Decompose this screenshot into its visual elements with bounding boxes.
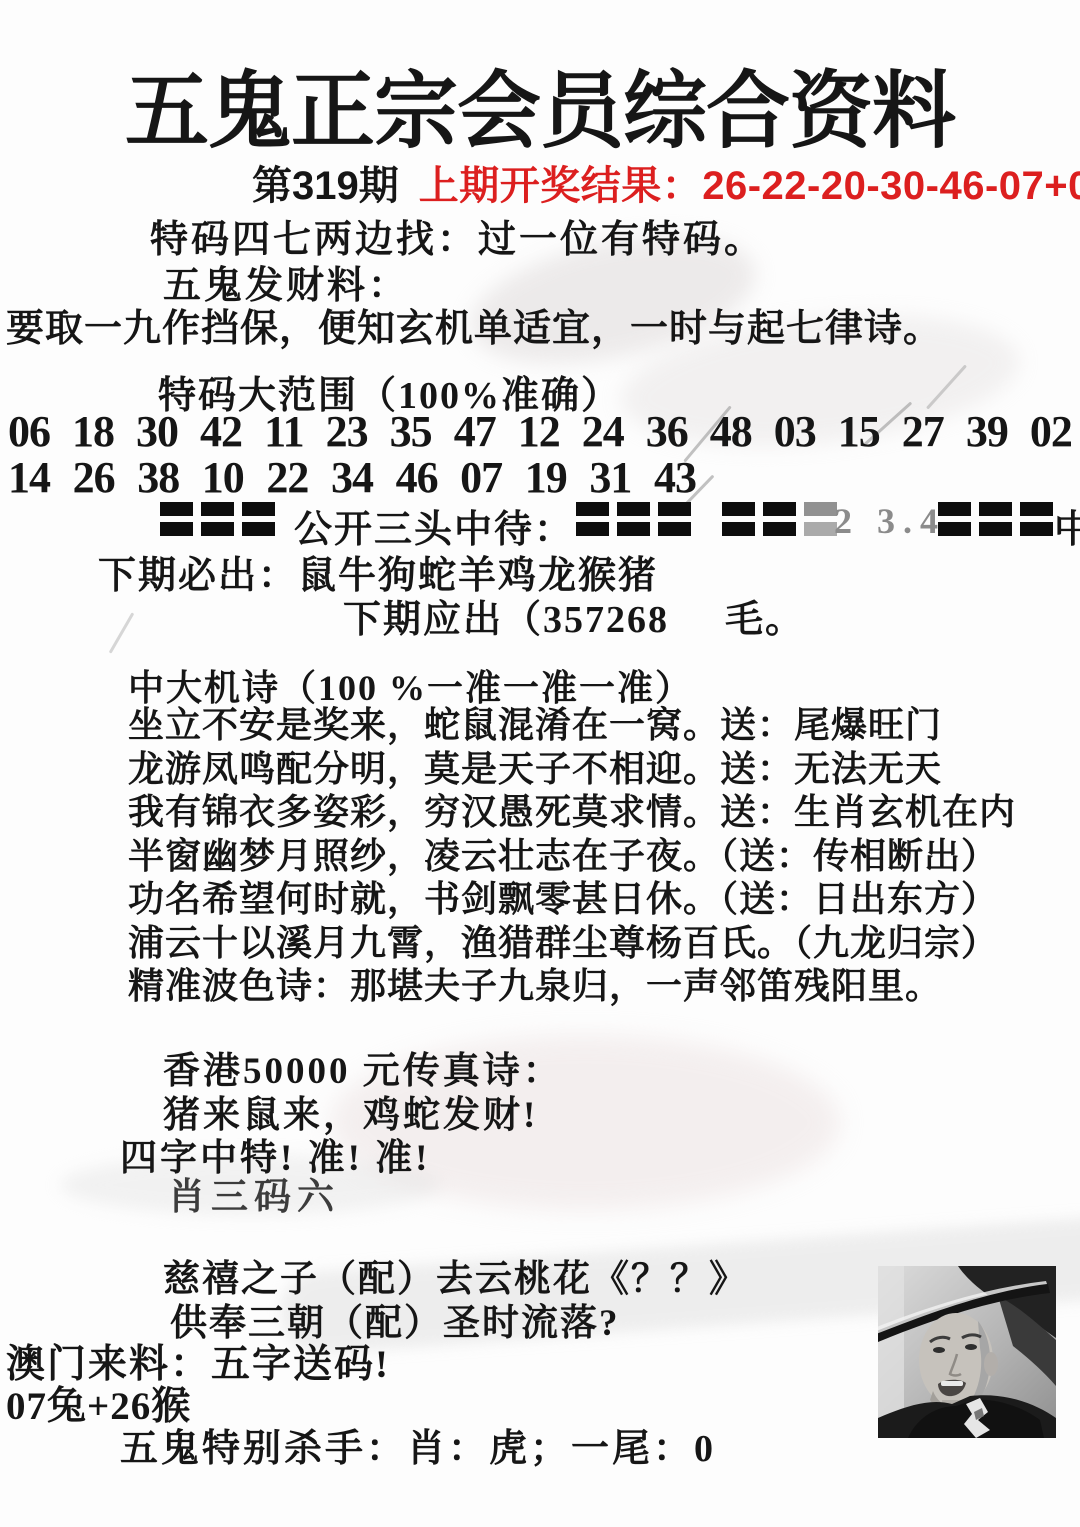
next-should-main: 下期应出（357268 (343, 599, 669, 641)
heads-suffix: 中 (1054, 498, 1080, 553)
range-number: 47 (454, 406, 496, 457)
next-should-tail: 毛。 (725, 599, 805, 641)
range-number: 24 (582, 406, 624, 457)
number-row-1: 0618304211233547122436480315273902 (8, 406, 1072, 457)
poem-line: 坐立不安是奖来，蛇鼠混淆在一窝。送：尾爆旺门 (128, 704, 1016, 748)
range-number: 34 (331, 452, 373, 503)
range-number: 18 (72, 406, 114, 457)
poem-line: 浦云十以溪月九霄，渔猎群尘尊杨百氏。（九龙归宗） (128, 922, 1016, 966)
range-number: 26 (73, 452, 115, 503)
range-number: 12 (518, 406, 560, 457)
range-number: 46 (396, 452, 438, 503)
fax-faded-line: 肖三码六 (168, 1166, 340, 1220)
range-number: 10 (202, 452, 244, 503)
range-number: 07 (460, 452, 502, 503)
last-draw-result: 上期开奖结果：26-22-20-30-46-07+06 (419, 154, 1080, 211)
range-number: 19 (525, 452, 567, 503)
range-number: 48 (710, 406, 752, 457)
number-row-2: 1426381022344607193143 (8, 452, 696, 503)
range-number: 30 (136, 406, 178, 457)
range-number: 31 (589, 452, 631, 503)
range-number: 39 (966, 406, 1008, 457)
range-number: 22 (266, 452, 308, 503)
heads-bar-icon (938, 502, 1053, 536)
range-number: 14 (8, 452, 50, 503)
tip-fortune-verse: 要取一九作挡保，便知玄机单适宜，一时与起七律诗。 (6, 297, 942, 352)
poem-line: 精准波色诗：那堪夫子九泉归，一声邻笛残阳里。 (128, 965, 1016, 1009)
range-number: 23 (326, 406, 368, 457)
poem-line: 功名希望何时就，书剑飘零甚日休。（送：日出东方） (128, 878, 1016, 922)
range-number: 27 (902, 406, 944, 457)
heads-bar-icon (160, 502, 275, 536)
next-should-line: 下期应出（357268毛。 (343, 588, 805, 643)
killer-line: 五鬼特别杀手：肖：虎；一尾：0 (120, 1417, 716, 1472)
range-number: 03 (774, 406, 816, 457)
range-number: 35 (390, 406, 432, 457)
pen-stroke (109, 612, 135, 653)
poem-lines: 坐立不安是奖来，蛇鼠混淆在一窝。送：尾爆旺门龙游凤鸣配分明，莫是天子不相迎。送：… (128, 704, 1016, 1009)
range-number: 38 (137, 452, 179, 503)
lottery-info-sheet: 五鬼正宗会员综合资料 第319期 上期开奖结果：26-22-20-30-46-0… (0, 0, 1080, 1527)
issue-number: 第319期 (252, 154, 399, 211)
range-number: 15 (838, 406, 880, 457)
heads-bar-icon (722, 502, 837, 536)
range-number: 43 (654, 452, 696, 503)
range-number: 06 (8, 406, 50, 457)
poem-line: 半窗幽梦月照纱，凌云壮志在子夜。（送：传相断出） (128, 835, 1016, 879)
issue-result-row: 第319期 上期开奖结果：26-22-20-30-46-07+06 (252, 154, 1080, 211)
portrait-photo (878, 1266, 1056, 1438)
range-number: 36 (646, 406, 688, 457)
heads-bar-icon (576, 502, 691, 536)
range-number: 42 (200, 406, 242, 457)
poem-line: 我有锦衣多姿彩，穷汉愚死莫求情。送：生肖玄机在内 (128, 791, 1016, 835)
page-title: 五鬼正宗会员综合资料 (0, 44, 1080, 165)
heads-overlay-digits: 2 3.4 (834, 500, 946, 542)
range-number: 02 (1030, 406, 1072, 457)
range-number: 11 (264, 406, 304, 457)
poem-line: 龙游凤鸣配分明，莫是天子不相迎。送：无法无天 (128, 748, 1016, 792)
